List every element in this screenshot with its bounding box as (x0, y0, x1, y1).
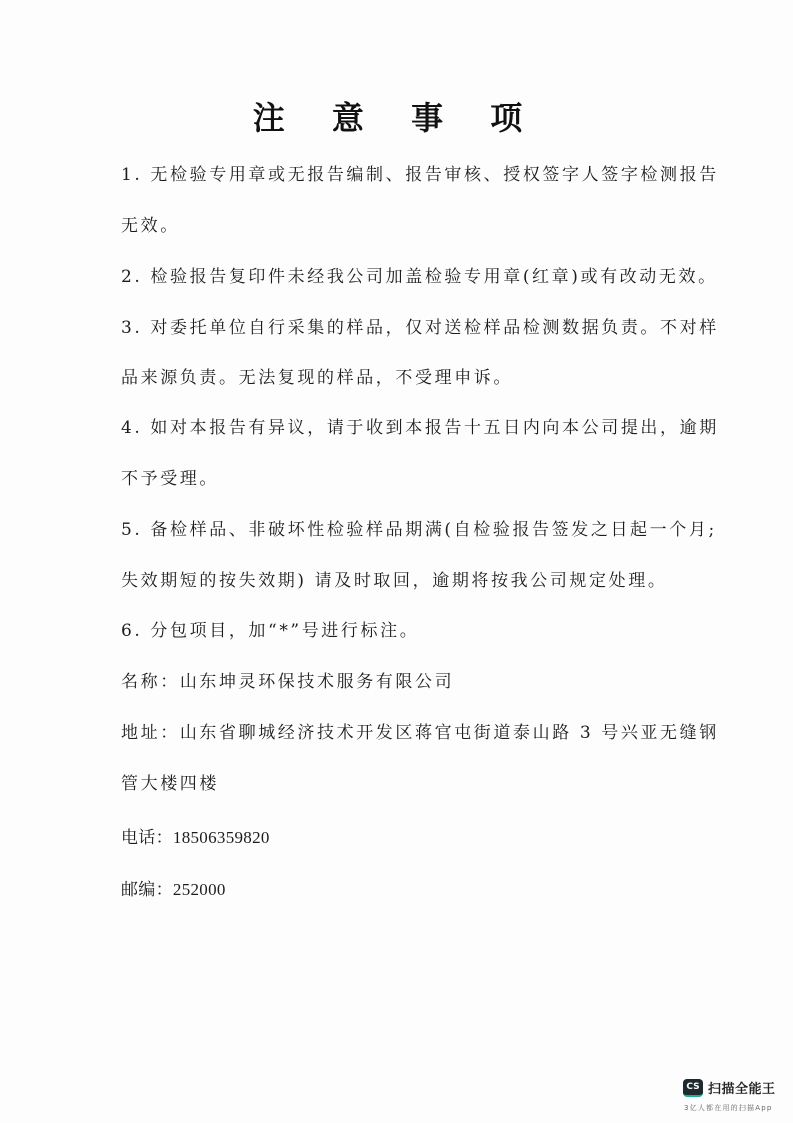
note-4-line-1: 4. 如对本报告有异议，请于收到本报告十五日内向本公司提出，逾期 (121, 413, 719, 438)
company-address-label: 地址： (121, 723, 180, 743)
note-3-line-2: 品来源负责。无法复现的样品，不受理申诉。 (121, 363, 513, 388)
company-address-line-1: 山东省聊城经济技术开发区蒋官屯街道泰山路 3 号兴亚无缝钢 (180, 723, 719, 743)
note-4-line-2: 不予受理。 (121, 464, 219, 489)
company-name-label: 名称： (121, 672, 180, 692)
company-address-line-2: 管大楼四楼 (121, 769, 219, 794)
company-name-row: 名称：山东坤灵环保技术服务有限公司 (121, 667, 454, 692)
company-phone-row: 电话：18506359820 (121, 823, 270, 848)
note-6-line-1: 6. 分包项目，加“*”号进行标注。 (121, 616, 419, 641)
page-title: 注 意 事 项 (0, 93, 793, 139)
note-5-line-1: 5. 备检样品、非破坏性检验样品期满(自检验报告签发之日起一个月; (121, 515, 717, 540)
company-name: 山东坤灵环保技术服务有限公司 (180, 672, 454, 692)
company-postcode-label: 邮编： (121, 880, 173, 899)
camscanner-logo-icon: CS (683, 1079, 703, 1097)
company-postcode: 252000 (173, 880, 226, 899)
company-phone: 18506359820 (173, 828, 270, 847)
note-1-line-1: 1. 无检验专用章或无报告编制、报告审核、授权签字人签字检测报告 (121, 160, 719, 185)
company-postcode-row: 邮编：252000 (121, 875, 226, 900)
watermark-tagline: 3亿人都在用的扫描App (684, 1103, 773, 1113)
note-3-line-1: 3. 对委托单位自行采集的样品，仅对送检样品检测数据负责。不对样 (121, 313, 719, 338)
note-5-line-2: 失效期短的按失效期) 请及时取回，逾期将按我公司规定处理。 (121, 566, 667, 591)
note-2-line-1: 2. 检验报告复印件未经我公司加盖检验专用章(红章)或有改动无效。 (121, 262, 718, 287)
watermark-brand: 扫描全能王 (708, 1078, 776, 1097)
camscanner-watermark: CS 扫描全能王 (683, 1078, 776, 1097)
note-1-line-2: 无效。 (121, 211, 180, 236)
company-phone-label: 电话： (121, 828, 173, 847)
document-page: 注 意 事 项 1. 无检验专用章或无报告编制、报告审核、授权签字人签字检测报告… (0, 0, 793, 1123)
company-address-row: 地址：山东省聊城经济技术开发区蒋官屯街道泰山路 3 号兴亚无缝钢 (121, 718, 719, 743)
